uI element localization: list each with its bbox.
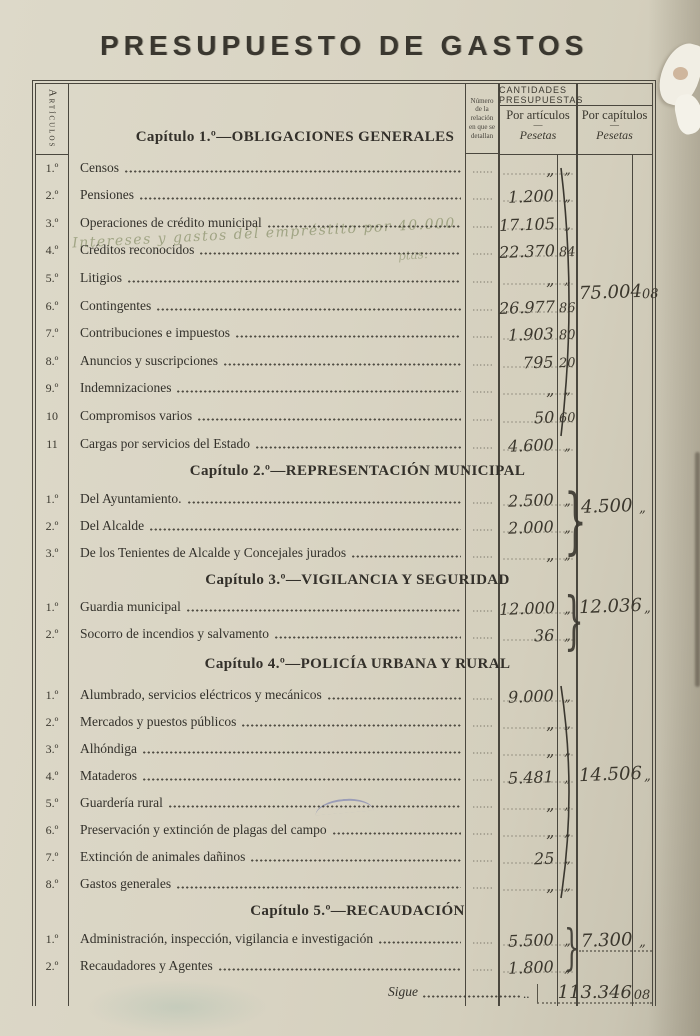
relation-cell bbox=[465, 556, 499, 567]
article-number: 9.º bbox=[36, 381, 68, 402]
grouping-brace bbox=[558, 168, 578, 436]
chapter-total-cents: 08 bbox=[642, 288, 659, 302]
relation-cell bbox=[465, 942, 499, 953]
carry-forward-cents: 08 bbox=[632, 989, 652, 1004]
chapter-total-amount: 7.300 bbox=[579, 932, 633, 950]
dot-leader bbox=[149, 528, 461, 531]
article-description: Indemnizaciones bbox=[68, 380, 465, 402]
dot-leader bbox=[127, 280, 461, 283]
article-label: Recaudadores y Agentes bbox=[80, 958, 213, 974]
relation-cell bbox=[465, 969, 499, 980]
amount-pesetas: 36 bbox=[499, 628, 557, 648]
amount-pesetas: „ bbox=[499, 382, 557, 402]
relation-cell bbox=[465, 752, 499, 763]
dot-leader bbox=[351, 555, 461, 558]
article-label: Cargas por servicios del Estado bbox=[80, 436, 250, 452]
article-number: 4.º bbox=[36, 243, 68, 264]
dot-leader bbox=[197, 418, 461, 421]
article-label: Litigios bbox=[80, 270, 122, 286]
article-description: Extinción de animales dañinos bbox=[68, 849, 465, 871]
dotted-dash bbox=[472, 752, 492, 754]
dot-leader bbox=[186, 609, 461, 612]
chapter-total-amount: 4.500 bbox=[579, 498, 633, 516]
article-label: Contribuciones e impuestos bbox=[80, 325, 230, 341]
carry-forward-row: Sigue..113.34608 bbox=[36, 980, 652, 1004]
chapter-total: 12.036„ bbox=[579, 590, 652, 616]
dot-leader bbox=[218, 968, 461, 971]
amount-pesetas: 9.000 bbox=[499, 689, 557, 709]
amount-pesetas: 12.000 bbox=[499, 601, 558, 621]
chapter-title: Capítulo 2.º—REPRESENTACIÓN MUNICIPAL bbox=[190, 463, 525, 480]
page-title: PRESUPUESTO DE GASTOS bbox=[100, 30, 588, 62]
dot-leader bbox=[176, 390, 461, 393]
amount-pesetas: 22.370 bbox=[499, 244, 558, 264]
article-description: Cargas por servicios del Estado bbox=[68, 436, 465, 458]
article-description: Anuncios y suscripciones bbox=[68, 353, 465, 375]
article-label: Pensiones bbox=[80, 187, 134, 203]
relation-cell bbox=[465, 725, 499, 736]
article-label: Operaciones de crédito municipal bbox=[80, 215, 262, 231]
carry-forward-label: Sigue bbox=[388, 984, 418, 1004]
article-number: 6.º bbox=[36, 299, 68, 320]
chapter-title: Capítulo 3.º—VIGILANCIA Y SEGURIDAD bbox=[205, 572, 510, 589]
chapter-total-amount: 12.036 bbox=[579, 598, 642, 616]
amount-pesetas: 5.481 bbox=[499, 770, 557, 790]
article-description: Alhóndiga bbox=[68, 741, 465, 763]
dotted-dash bbox=[472, 198, 492, 200]
dotted-dash bbox=[472, 226, 492, 228]
by-articles-unit: Pesetas bbox=[499, 128, 577, 143]
by-articles-column-header: Por artículos — Pesetas bbox=[499, 106, 577, 154]
dotted-dash bbox=[472, 171, 492, 173]
amount-pesetas: 1.200 bbox=[499, 189, 557, 209]
amount-pesetas: 17.105 bbox=[499, 217, 558, 237]
table-row: 2.ºDel Alcalde2.000„ bbox=[36, 513, 652, 540]
article-label: Créditos reconocidos bbox=[80, 242, 194, 258]
relation-cell bbox=[465, 198, 499, 209]
relation-cell bbox=[465, 779, 499, 790]
amounts-header-title: CANTIDADES PRESUPUESTAS bbox=[499, 84, 652, 106]
dotted-dash bbox=[472, 637, 492, 639]
article-label: Contingentes bbox=[80, 298, 151, 314]
chapter-heading: Capítulo 3.º—VIGILANCIA Y SEGURIDAD bbox=[36, 567, 499, 594]
dot-leader bbox=[422, 995, 521, 998]
dot-leader bbox=[241, 724, 461, 727]
dot-leader bbox=[156, 308, 461, 311]
amount-pesetas: „ bbox=[499, 162, 557, 182]
amount-pesetas: 2.000 bbox=[499, 520, 557, 540]
chapter-total-cents: „ bbox=[642, 602, 652, 616]
dot-leader bbox=[142, 751, 461, 754]
relation-cell bbox=[465, 529, 499, 540]
dot-leader bbox=[255, 446, 461, 449]
amount-pesetas: 26.977 bbox=[499, 300, 558, 320]
article-label: Mataderos bbox=[80, 768, 137, 784]
article-description: Mataderos bbox=[68, 768, 465, 790]
relation-cell bbox=[465, 419, 499, 430]
dot-leader bbox=[142, 778, 461, 781]
amount-pesetas: „ bbox=[499, 797, 557, 817]
relation-cell bbox=[465, 698, 499, 709]
amount-pesetas: „ bbox=[499, 272, 557, 292]
paper-tear-spot bbox=[673, 67, 688, 80]
article-description: Preservación y extinción de plagas del c… bbox=[68, 822, 465, 844]
relation-cell bbox=[465, 806, 499, 817]
article-number: 1.º bbox=[36, 932, 68, 953]
article-description: Guardería rural bbox=[68, 795, 465, 817]
amount-pesetas: „ bbox=[499, 824, 557, 844]
relation-cell bbox=[465, 447, 499, 458]
dot-leader bbox=[199, 252, 461, 255]
article-description: Créditos reconocidos bbox=[68, 242, 465, 264]
article-number: 2.º bbox=[36, 188, 68, 209]
article-number: 2.º bbox=[36, 715, 68, 736]
dotted-dash bbox=[472, 447, 492, 449]
amount-pesetas: „ bbox=[499, 716, 557, 736]
dot-leader bbox=[139, 197, 461, 200]
article-number: 3.º bbox=[36, 546, 68, 567]
grouping-brace: } bbox=[564, 922, 580, 974]
article-description: Contribuciones e impuestos bbox=[68, 325, 465, 347]
dot-leader bbox=[274, 636, 461, 639]
dot-leader bbox=[168, 805, 461, 808]
article-number: 2.º bbox=[36, 519, 68, 540]
article-description: Mercados y puestos públicos bbox=[68, 714, 465, 736]
paper-edge-dark-mark bbox=[695, 452, 700, 687]
relation-cell bbox=[465, 887, 499, 898]
article-number: 1.º bbox=[36, 600, 68, 621]
article-number: 5.º bbox=[36, 271, 68, 292]
budget-table: Artículos Capítulo 1.º—OBLIGACIONES GENE… bbox=[32, 80, 656, 1006]
relation-cell bbox=[465, 253, 499, 264]
dot-leader bbox=[378, 941, 461, 944]
relation-cell bbox=[465, 391, 499, 402]
chapter-total-cents: „ bbox=[633, 936, 652, 950]
dotted-dash bbox=[472, 860, 492, 862]
article-description: Contingentes bbox=[68, 298, 465, 320]
article-label: Guardia municipal bbox=[80, 599, 181, 615]
amount-pesetas: 25 bbox=[499, 851, 557, 871]
amount-pesetas: 795 bbox=[499, 355, 557, 375]
amount-pesetas: 1.903 bbox=[499, 327, 557, 347]
article-description: Compromisos varios bbox=[68, 408, 465, 430]
scanned-budget-page: { "page": { "title": "PRESUPUESTO DE GAS… bbox=[0, 0, 700, 1036]
by-chapters-column-header: Por capítulos — Pesetas bbox=[577, 106, 652, 154]
article-label: Del Alcalde bbox=[80, 518, 144, 534]
article-description: Del Alcalde bbox=[68, 518, 465, 540]
article-label: Administración, inspección, vigilancia e… bbox=[80, 931, 373, 947]
chapter-total-amount: 14.506 bbox=[579, 766, 642, 784]
table-row: 1.ºGuardia municipal12.000„ bbox=[36, 594, 652, 621]
dot-leader bbox=[235, 335, 461, 338]
table-row: 2.ºSocorro de incendios y salvamento36„ bbox=[36, 621, 652, 648]
amount-pesetas: „ bbox=[499, 878, 557, 898]
chapter-heading: Capítulo 5.º—RECAUDACIÓN bbox=[36, 898, 499, 926]
article-label: Preservación y extinción de plagas del c… bbox=[80, 822, 327, 838]
article-number: 3.º bbox=[36, 742, 68, 763]
dotted-dash: .. bbox=[523, 986, 537, 1004]
dotted-dash bbox=[472, 556, 492, 558]
article-description: Socorro de incendios y salvamento bbox=[68, 626, 465, 648]
dot-leader bbox=[332, 832, 461, 835]
article-label: Censos bbox=[80, 160, 119, 176]
dotted-dash bbox=[472, 391, 492, 393]
grouping-brace bbox=[558, 686, 578, 898]
dotted-dash bbox=[472, 698, 492, 700]
article-label: Indemnizaciones bbox=[80, 380, 171, 396]
dotted-dash bbox=[472, 942, 492, 944]
relation-cell bbox=[465, 171, 499, 182]
chapter-title: Capítulo 5.º—RECAUDACIÓN bbox=[250, 903, 465, 920]
article-label: Socorro de incendios y salvamento bbox=[80, 626, 269, 642]
article-number: 8.º bbox=[36, 354, 68, 375]
chapter-heading: Capítulo 2.º—REPRESENTACIÓN MUNICIPAL bbox=[36, 458, 499, 486]
amount-pesetas: „ bbox=[499, 743, 557, 763]
relation-column-label: Número de la relación en que se detallan bbox=[467, 97, 497, 141]
relation-cell bbox=[465, 281, 499, 292]
article-description: Alumbrado, servicios eléctricos y mecáni… bbox=[68, 687, 465, 709]
article-number: 11 bbox=[36, 437, 68, 458]
relation-cell bbox=[465, 226, 499, 237]
dotted-dash bbox=[472, 833, 492, 835]
relation-cell bbox=[465, 309, 499, 320]
chapter-heading: Capítulo 4.º—POLICÍA URBANA Y RURAL bbox=[36, 648, 499, 682]
article-number: 4.º bbox=[36, 769, 68, 790]
dotted-dash bbox=[472, 806, 492, 808]
dotted-dash bbox=[472, 529, 492, 531]
article-label: Gastos generales bbox=[80, 876, 171, 892]
table-row: 2.ºRecaudadores y Agentes1.800„ bbox=[36, 953, 652, 980]
chapter-total-amount: 75.004 bbox=[579, 284, 642, 302]
table-row: 3.ºDe los Tenientes de Alcalde y Conceja… bbox=[36, 540, 652, 567]
dotted-dash bbox=[472, 309, 492, 311]
article-number: 1.º bbox=[36, 161, 68, 182]
dotted-dash bbox=[472, 253, 492, 255]
dot-leader bbox=[124, 170, 461, 173]
chapter-title: Capítulo 4.º—POLICÍA URBANA Y RURAL bbox=[205, 656, 511, 673]
amount-pesetas: „ bbox=[499, 547, 557, 567]
relation-cell bbox=[465, 860, 499, 871]
article-number: 3.º bbox=[36, 216, 68, 237]
dot-leader bbox=[176, 886, 461, 889]
chapter-total: 4.500„ bbox=[579, 490, 652, 516]
article-number: 7.º bbox=[36, 850, 68, 871]
article-number: 1.º bbox=[36, 492, 68, 513]
article-number: 6.º bbox=[36, 823, 68, 844]
article-description: De los Tenientes de Alcalde y Concejales… bbox=[68, 545, 465, 567]
dotted-dash bbox=[472, 969, 492, 971]
dotted-dash bbox=[472, 419, 492, 421]
chapter-total: 7.300„ bbox=[579, 924, 652, 952]
dot-leader bbox=[267, 225, 461, 228]
dotted-dash bbox=[472, 364, 492, 366]
article-number: 5.º bbox=[36, 796, 68, 817]
article-number: 8.º bbox=[36, 877, 68, 898]
dotted-dash bbox=[472, 281, 492, 283]
articles-column-header: Artículos bbox=[36, 84, 68, 155]
chapter-total-cents: „ bbox=[633, 502, 652, 516]
relation-cell bbox=[465, 364, 499, 375]
amount-pesetas: 5.500 bbox=[499, 933, 557, 953]
carry-forward-amount: 113.346 bbox=[537, 984, 632, 1004]
article-amount-cell: 4.600„ bbox=[499, 438, 577, 458]
article-number: 7.º bbox=[36, 326, 68, 347]
chapter-total: 14.506„ bbox=[579, 758, 652, 784]
article-description: Censos bbox=[68, 160, 465, 182]
grouping-brace: } bbox=[564, 482, 587, 558]
article-label: Anuncios y suscripciones bbox=[80, 353, 218, 369]
article-label: Del Ayuntamiento. bbox=[80, 491, 182, 507]
article-number: 2.º bbox=[36, 627, 68, 648]
relation-cell bbox=[465, 610, 499, 621]
table-row: 1.ºDel Ayuntamiento.2.500„ bbox=[36, 486, 652, 513]
grouping-brace: } bbox=[564, 588, 584, 654]
relation-cell bbox=[465, 637, 499, 648]
dotted-dash bbox=[472, 336, 492, 338]
article-label: Compromisos varios bbox=[80, 408, 192, 424]
article-description: Del Ayuntamiento. bbox=[68, 491, 465, 513]
relation-cell bbox=[465, 502, 499, 513]
dot-leader bbox=[187, 501, 462, 504]
article-description: Guardia municipal bbox=[68, 599, 465, 621]
chapter-1-heading: Capítulo 1.º—OBLIGACIONES GENERALES bbox=[68, 84, 465, 154]
relation-cell bbox=[465, 833, 499, 844]
chapter-total: 75.00408 bbox=[579, 276, 652, 302]
dotted-dash bbox=[472, 887, 492, 889]
amount-pesetas: 1.800 bbox=[499, 960, 557, 980]
article-label: Extinción de animales dañinos bbox=[80, 849, 245, 865]
chapter-title: Capítulo 1.º—OBLIGACIONES GENERALES bbox=[136, 129, 455, 146]
article-number: 10 bbox=[36, 409, 68, 430]
article-description: Pensiones bbox=[68, 187, 465, 209]
article-number: 2.º bbox=[36, 959, 68, 980]
article-label: Guardería rural bbox=[80, 795, 163, 811]
article-description: Litigios bbox=[68, 270, 465, 292]
dotted-dash bbox=[472, 610, 492, 612]
amount-pesetas: 50 bbox=[499, 410, 557, 430]
table-row: 1.ºAdministración, inspección, vigilanci… bbox=[36, 926, 652, 953]
dot-leader bbox=[223, 363, 461, 366]
relation-cell bbox=[465, 336, 499, 347]
chapter-total-cents: „ bbox=[642, 770, 652, 784]
article-description: Recaudadores y Agentes bbox=[68, 958, 465, 980]
article-label: De los Tenientes de Alcalde y Concejales… bbox=[80, 545, 346, 561]
article-description: Gastos generales bbox=[68, 876, 465, 898]
article-label: Mercados y puestos públicos bbox=[80, 714, 236, 730]
article-description: Operaciones de crédito municipal bbox=[68, 215, 465, 237]
dotted-dash bbox=[472, 725, 492, 727]
article-number: 1.º bbox=[36, 688, 68, 709]
amounts-header: CANTIDADES PRESUPUESTAS Por artículos — … bbox=[499, 84, 652, 154]
amount-cents: „ bbox=[557, 440, 577, 458]
amount-pesetas: 2.500 bbox=[499, 493, 557, 513]
relation-column-header: Número de la relación en que se detallan bbox=[465, 84, 499, 154]
dotted-dash bbox=[472, 779, 492, 781]
dot-leader bbox=[327, 697, 461, 700]
article-label: Alumbrado, servicios eléctricos y mecáni… bbox=[80, 687, 322, 703]
article-description: Administración, inspección, vigilancia e… bbox=[68, 931, 465, 953]
amount-pesetas: 4.600 bbox=[499, 438, 557, 458]
dot-leader bbox=[250, 859, 461, 862]
articles-column-label: Artículos bbox=[47, 89, 58, 148]
dotted-dash bbox=[472, 502, 492, 504]
article-label: Alhóndiga bbox=[80, 741, 137, 757]
by-chapters-unit: Pesetas bbox=[577, 128, 652, 143]
